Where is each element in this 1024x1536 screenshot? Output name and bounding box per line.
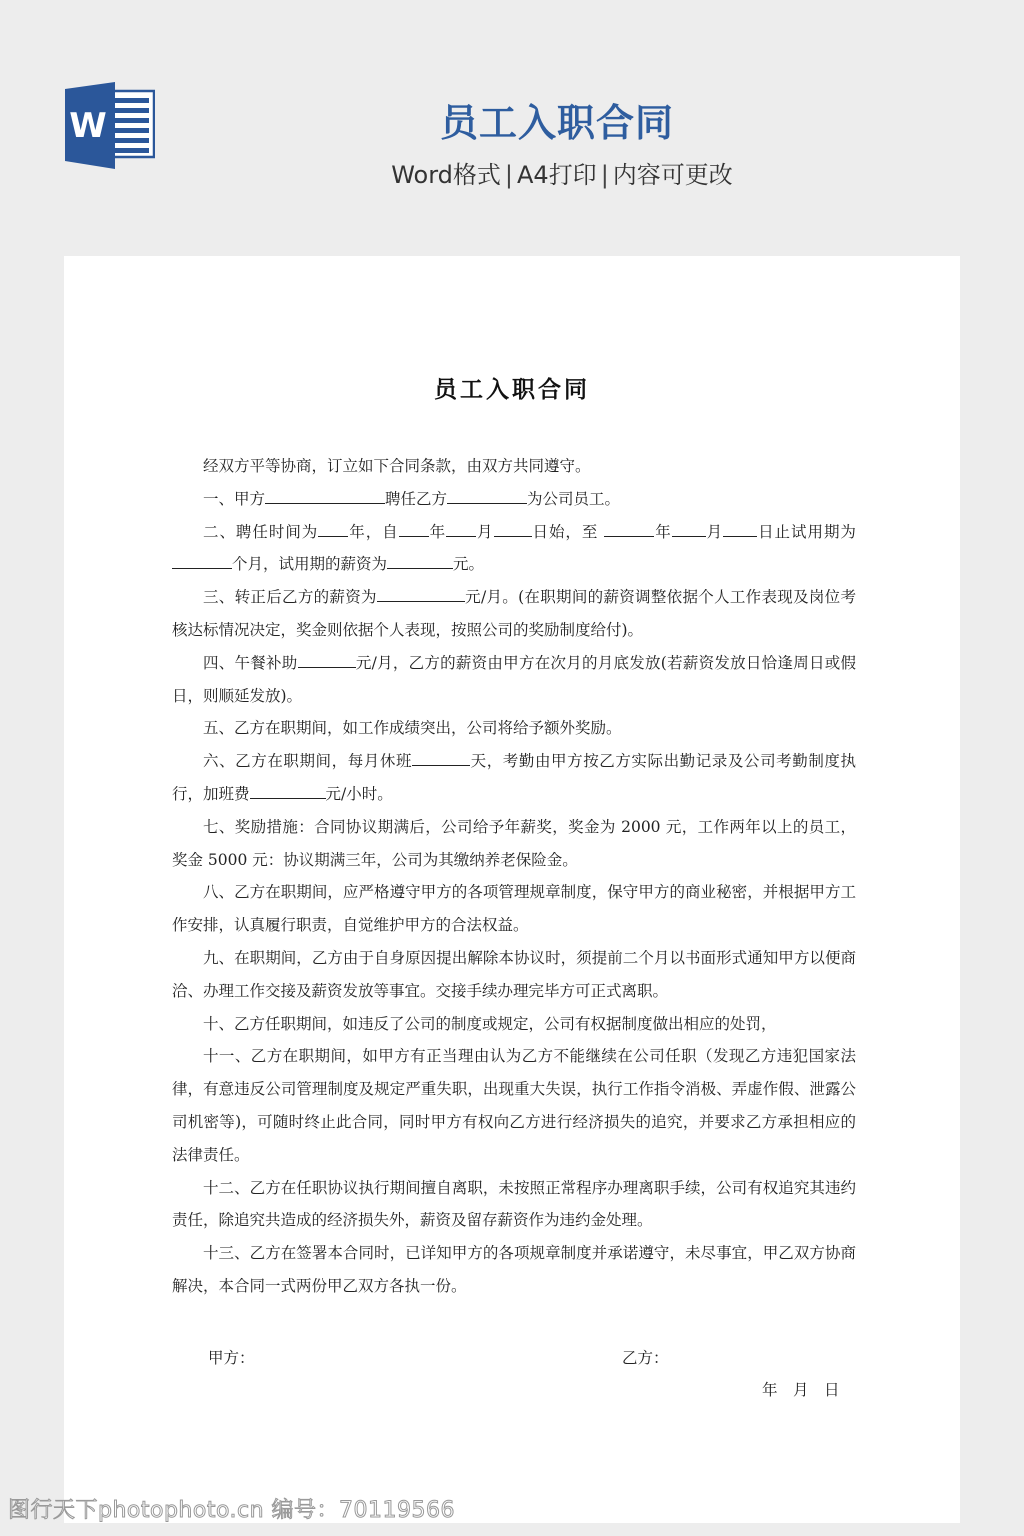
- clause-5: 五、乙方在职期间，如工作成绩突出，公司将给予额外奖励。: [172, 712, 856, 745]
- clause-text: 元/小时。: [326, 785, 393, 803]
- clause-text: 三、转正后乙方的薪资为: [203, 588, 377, 606]
- clause-12: 十二、乙方在任职协议执行期间擅自离职，未按照正常程序办理离职手续，公司有权追究其…: [172, 1172, 856, 1238]
- clause-text: 十、乙方任职期间，如违反了公司的制度或规定，公司有权据制度做出相应的处罚，: [203, 1015, 777, 1033]
- document-title: 员工入职合同: [64, 371, 960, 404]
- separator: |: [501, 161, 517, 189]
- clause-text: 九、在职期间，乙方由于自身原因提出解除本协议时，须提前二个月以书面形式通知甲方以…: [172, 949, 856, 1000]
- clause-text: 个月，试用期的薪资为: [232, 555, 387, 573]
- clause-text: 年: [654, 523, 671, 541]
- clause-text: 四、午餐补助: [203, 654, 298, 672]
- fill-in-blank[interactable]: [318, 521, 348, 537]
- fill-in-blank[interactable]: [377, 587, 465, 603]
- party-b-signature: 乙方：: [622, 1346, 669, 1368]
- header: W 员工入职合同 Word格式|A4打印|内容可更改: [0, 0, 1024, 256]
- header-title: 员工入职合同: [0, 92, 1024, 147]
- fill-in-blank[interactable]: [298, 652, 356, 668]
- clause-7: 七、奖励措施：合同协议期满后，公司给予年薪奖，奖金为 2000 元，工作两年以上…: [172, 811, 856, 877]
- header-subtitle: Word格式|A4打印|内容可更改: [0, 155, 1024, 190]
- separator: |: [597, 161, 613, 189]
- clause-13: 十三、乙方在签署本合同时，已详知甲方的各项规章制度并承诺遵守，未尽事宜，甲乙双方…: [172, 1237, 856, 1303]
- fill-in-blank[interactable]: [446, 521, 476, 537]
- clause-text: 月: [706, 523, 723, 541]
- fill-in-blank[interactable]: [250, 783, 326, 799]
- fill-in-blank[interactable]: [604, 521, 654, 537]
- clause-text: 七、奖励措施：合同协议期满后，公司给予年薪奖，奖金为 2000 元，工作两年以上…: [172, 818, 856, 869]
- fill-in-blank[interactable]: [672, 521, 706, 537]
- subtitle-print: A4打印: [517, 161, 597, 189]
- clause-10: 十、乙方任职期间，如违反了公司的制度或规定，公司有权据制度做出相应的处罚，: [172, 1008, 856, 1041]
- clause-text: 日始，至: [532, 523, 605, 541]
- clause-text: 为公司员工。: [527, 490, 620, 508]
- signature-date: 年 月 日: [762, 1378, 840, 1400]
- document-body: 经双方平等协商，订立如下合同条款，由双方共同遵守。 一、甲方聘任乙方为公司员工。…: [172, 450, 856, 1303]
- clause-text: 二、聘任时间为: [203, 523, 318, 541]
- subtitle-editable: 内容可更改: [613, 161, 733, 189]
- clause-text: 日止试用期为: [757, 523, 856, 541]
- intro-paragraph: 经双方平等协商，订立如下合同条款，由双方共同遵守。: [172, 450, 856, 483]
- subtitle-format: Word格式: [391, 161, 501, 189]
- fill-in-blank[interactable]: [387, 554, 453, 570]
- fill-in-blank[interactable]: [399, 521, 429, 537]
- clause-text: 月: [476, 523, 493, 541]
- clause-text: 八、乙方在职期间，应严格遵守甲方的各项管理规章制度，保守甲方的商业秘密，并根据甲…: [172, 883, 856, 934]
- fill-in-blank[interactable]: [265, 488, 385, 504]
- clause-8: 八、乙方在职期间，应严格遵守甲方的各项管理规章制度，保守甲方的商业秘密，并根据甲…: [172, 876, 856, 942]
- watermark: 图行天下photophoto.cn 编号：70119566: [8, 1493, 455, 1524]
- fill-in-blank[interactable]: [172, 554, 232, 570]
- clause-list: 一、甲方聘任乙方为公司员工。二、聘任时间为年，自年月日始，至 年月日止试用期为个…: [172, 483, 856, 1303]
- clause-text: 聘任乙方: [385, 490, 447, 508]
- clause-9: 九、在职期间，乙方由于自身原因提出解除本协议时，须提前二个月以书面形式通知甲方以…: [172, 942, 856, 1008]
- fill-in-blank[interactable]: [412, 751, 470, 767]
- clause-text: 十二、乙方在任职协议执行期间擅自离职，未按照正常程序办理离职手续，公司有权追究其…: [172, 1179, 856, 1230]
- clause-3: 三、转正后乙方的薪资为元/月。(在职期间的薪资调整依据个人工作表现及岗位考核达标…: [172, 581, 856, 647]
- party-a-signature: 甲方：: [208, 1346, 255, 1368]
- clause-text: 十一、乙方在职期间，如甲方有正当理由认为乙方不能继续在公司任职（发现乙方违犯国家…: [172, 1047, 856, 1163]
- clause-text: 一、甲方: [203, 490, 265, 508]
- clause-11: 十一、乙方在职期间，如甲方有正当理由认为乙方不能继续在公司任职（发现乙方违犯国家…: [172, 1040, 856, 1171]
- fill-in-blank[interactable]: [494, 521, 532, 537]
- clause-1: 一、甲方聘任乙方为公司员工。: [172, 483, 856, 516]
- clause-text: 五、乙方在职期间，如工作成绩突出，公司将给予额外奖励。: [203, 719, 622, 737]
- clause-4: 四、午餐补助元/月，乙方的薪资由甲方在次月的月底发放(若薪资发放日恰逢周日或假日…: [172, 647, 856, 713]
- fill-in-blank[interactable]: [723, 521, 757, 537]
- clause-text: 年: [429, 523, 446, 541]
- clause-text: 年，自: [348, 523, 398, 541]
- clause-text: 元。: [453, 555, 484, 573]
- clause-6: 六、乙方在职期间，每月休班天，考勤由甲方按乙方实际出勤记录及公司考勤制度执行，加…: [172, 745, 856, 811]
- fill-in-blank[interactable]: [447, 488, 527, 504]
- clause-2: 二、聘任时间为年，自年月日始，至 年月日止试用期为个月，试用期的薪资为元。: [172, 516, 856, 582]
- document-page: 员工入职合同 经双方平等协商，订立如下合同条款，由双方共同遵守。 一、甲方聘任乙…: [64, 256, 960, 1523]
- clause-text: 十三、乙方在签署本合同时，已详知甲方的各项规章制度并承诺遵守，未尽事宜，甲乙双方…: [172, 1244, 856, 1295]
- clause-text: 六、乙方在职期间，每月休班: [203, 752, 412, 770]
